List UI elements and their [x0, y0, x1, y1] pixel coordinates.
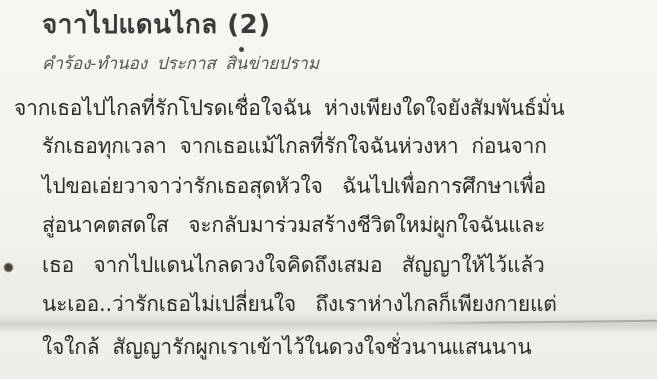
lyric-line: สู่อนาคตสดใส จะกลับมาร่วมสร้างชีวิตใหม่ผ… — [42, 209, 545, 242]
lyric-line: รักเธอทุกเวลา จากเธอแม้ไกลที่รักใจฉันห่ว… — [42, 130, 547, 163]
lyric-line: จากเธอไปไกลที่รักโปรดเชื่อใจฉัน ห่างเพีย… — [14, 92, 564, 125]
lyric-line: เธอ จากไปแดนไกลดวงใจคิดถึงเสมอ สัญญาให้ไ… — [42, 249, 545, 282]
lyric-line: ไปขอเอ่ยวาจาว่ารักเธอสุดหัวใจ ฉันไปเพื่อ… — [42, 170, 546, 203]
lyric-line: ใจใกล้ สัญญารักผูกเราเข้าไว้ในดวงใจชั่วน… — [42, 331, 532, 364]
lyric-line: นะเออ..ว่ารักเธอไม่เปลี่ยนใจ ถึงเราห่างไ… — [42, 288, 557, 321]
ink-smudge — [4, 263, 13, 272]
song-title: จาาไปแดนไกล (2) — [42, 4, 271, 45]
song-credits: คำร้อง-ทำนอง ประกาส สินข่ายปราม — [42, 50, 319, 77]
